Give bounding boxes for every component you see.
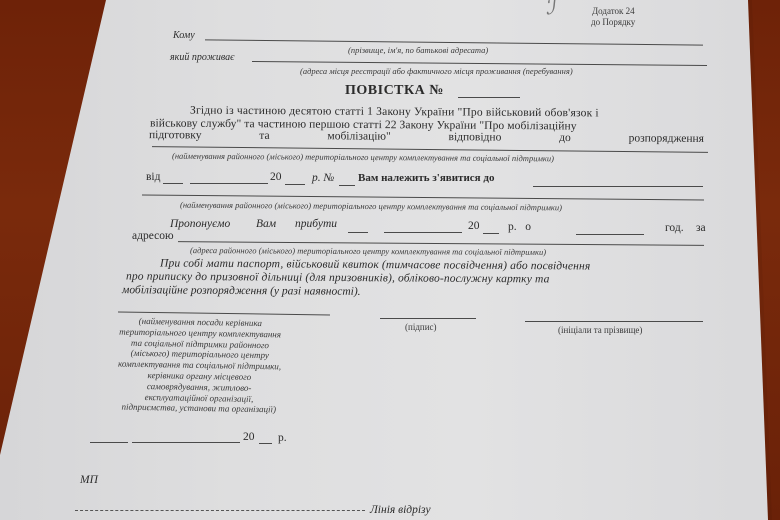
- arrival-day-field[interactable]: [348, 232, 368, 233]
- order-year-prefix: 20: [270, 171, 282, 183]
- sign-year-field[interactable]: [259, 443, 272, 444]
- signature-field[interactable]: [380, 318, 476, 319]
- arrival-year-field[interactable]: [483, 233, 499, 234]
- para4-line3: мобілізаційне розпорядження (у разі наяв…: [122, 284, 361, 298]
- arrival-year-prefix: 20: [468, 220, 480, 232]
- arrival-address-caption: (адреса районного (міського) територіаль…: [190, 245, 546, 257]
- sign-day-field[interactable]: [90, 442, 128, 443]
- address-label: адресою: [132, 230, 174, 242]
- order-month-field[interactable]: [190, 183, 268, 184]
- summons-title: ПОВІСТКА №: [345, 83, 444, 99]
- arrival-month-field[interactable]: [384, 232, 462, 233]
- appendix-label: Додаток 24: [592, 6, 635, 16]
- para3-word: прибути: [295, 218, 337, 230]
- za-label: за: [696, 222, 706, 234]
- para3-word: Пропонуємо: [170, 218, 230, 230]
- cut-line-label: Лінія відрізу: [370, 504, 431, 516]
- to-label: Кому: [173, 30, 195, 41]
- position-caption: (найменування посади керівника територіа…: [117, 316, 282, 416]
- word: підготовку: [149, 129, 202, 141]
- order-number-field[interactable]: [339, 185, 355, 186]
- word: та: [259, 130, 269, 142]
- address-caption: (адреса місця реєстрації або фактичного …: [300, 66, 573, 76]
- word: до: [559, 132, 571, 144]
- addressee-caption: (прізвище, ім'я, по батькові адресата): [348, 45, 488, 55]
- para3-word: Вам: [256, 218, 276, 230]
- word: розпорядження: [629, 132, 704, 145]
- order-year-field[interactable]: [285, 184, 305, 185]
- initials-field[interactable]: [525, 321, 703, 322]
- sign-year-prefix: 20: [243, 431, 255, 443]
- order-number-label: р. №: [312, 172, 334, 184]
- appendix-order: до Порядку: [591, 17, 635, 27]
- sign-month-field[interactable]: [132, 442, 240, 443]
- hours-label: год.: [665, 222, 684, 234]
- stamp-label: МП: [80, 474, 98, 486]
- word: відповідно: [449, 131, 502, 143]
- signature-caption: (підпис): [405, 322, 437, 332]
- lives-label: який проживає: [170, 52, 235, 63]
- initials-caption: (ініціали та прізвище): [558, 325, 642, 335]
- appear-text: Вам належить з'явитися до: [358, 172, 494, 184]
- cut-line: [75, 510, 365, 511]
- arrival-time-label: р. о: [508, 221, 531, 233]
- from-label: від: [146, 171, 160, 183]
- appear-center-field[interactable]: [533, 186, 703, 187]
- word: мобілізацію": [327, 130, 390, 142]
- summons-number-field[interactable]: [458, 97, 520, 98]
- sign-year-suffix: р.: [278, 432, 287, 444]
- arrival-hour-field[interactable]: [576, 234, 644, 235]
- order-day-field[interactable]: [163, 183, 183, 184]
